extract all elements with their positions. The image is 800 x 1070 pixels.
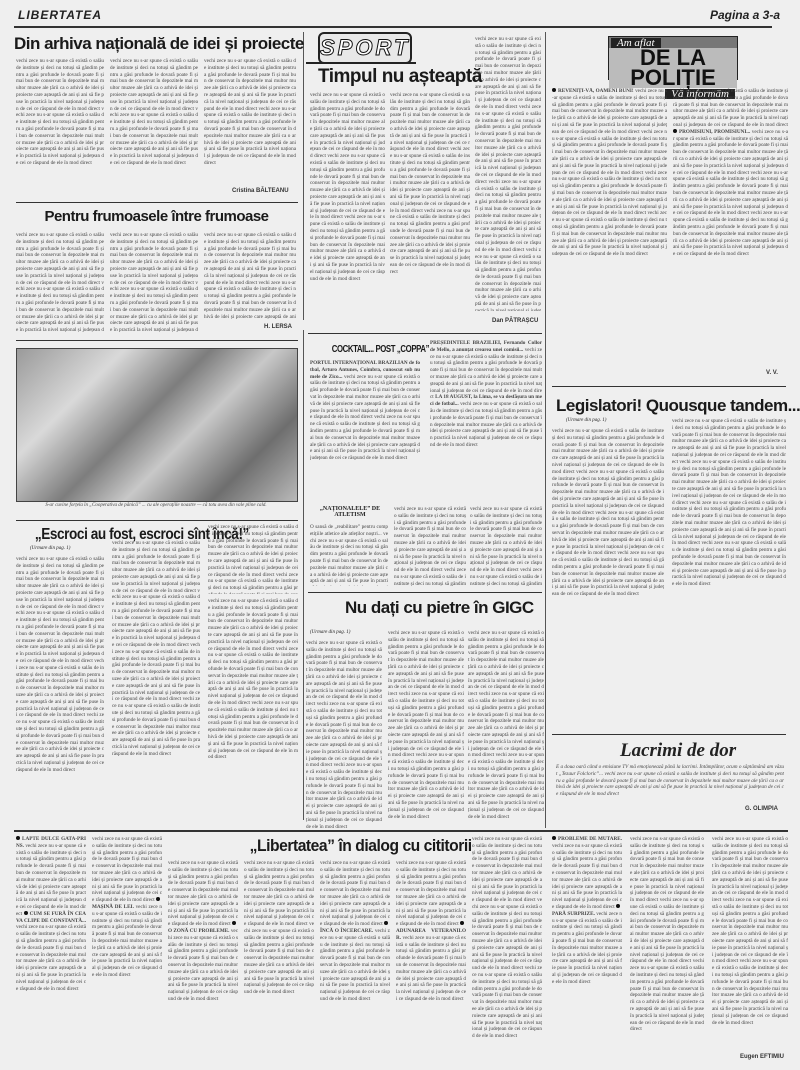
article-text: vechi zece nu s-ar spune că există o sal… — [320, 860, 390, 1055]
headline: Nu dați cu pietre în GIGC — [345, 598, 534, 618]
continued-note: (Urmare din pag. 1) — [310, 630, 350, 635]
continued-note: (Urmare din pag. 1) — [566, 418, 606, 423]
article-arhiva: Din arhiva națională de idei și proiecte — [14, 34, 299, 54]
page-number: Pagina a 3-a — [710, 8, 780, 22]
article-text: vechi zece nu s-ar spune că există o sal… — [310, 92, 385, 297]
article-text: vechi zece nu s-ar spune că există o sal… — [110, 58, 198, 188]
article-text: vechi zece nu s-ar spune că există o sal… — [204, 58, 296, 168]
article-text: vechi zece nu s-ar spune că există o sal… — [110, 232, 198, 334]
photo-caption: S-ar cuvine forțela în „Cooperativa de p… — [16, 503, 296, 508]
section-rule — [308, 333, 542, 334]
section-rule — [308, 592, 542, 593]
article-text: vechi zece nu s-ar spune că există o sal… — [16, 58, 104, 188]
article-text: vechi zece nu s-ar spune că există o sal… — [204, 232, 296, 320]
headline: Lacrimi de dor — [620, 740, 736, 762]
byline: H. LERSA — [264, 324, 292, 330]
section-rule — [552, 386, 786, 387]
column-divider — [545, 32, 546, 828]
column-divider — [303, 32, 304, 320]
masthead-rule — [14, 26, 772, 28]
article-text: vechi zece nu s-ar spune că există o sal… — [552, 428, 664, 728]
headline: COCKTAIL... POST „COPPA” — [318, 344, 443, 355]
article-text: vechi zece nu s-ar spune că există o sal… — [630, 836, 704, 1051]
headline: Pentru frumoasele între frumoase — [14, 208, 299, 225]
article-frumoase: Pentru frumoasele între frumoase — [14, 208, 299, 225]
article-text: E a doua oară când o emisiune TV mă emoț… — [556, 764, 784, 806]
banner-main: DE LA POLIȚIE — [609, 48, 737, 88]
paper-name: LIBERTATEA — [18, 8, 102, 22]
article-text: REVENIȚI-VĂ, OAMENI BUNI! vechi zece nu … — [552, 88, 667, 378]
section-rule — [552, 734, 786, 735]
article-text: O sansă de „reabilitare” pentru competiț… — [310, 524, 388, 586]
column-divider — [303, 330, 304, 820]
article-text: vechi zece nu s-ar spune că există o sal… — [475, 36, 541, 311]
article-text: vechi zece nu s-ar spune că există o sal… — [396, 860, 466, 1055]
article-text: PREȘEDINTELE BRAZILIEI, Fernando Collor … — [430, 340, 542, 510]
article-text: vechi zece nu s-ar spune că există o sal… — [470, 506, 542, 586]
article-text: PROBLEME DE MUTARE. vechi zece nu s-ar s… — [552, 836, 622, 1051]
article-text: PORTUL INTERNAȚIONAL BRAZILIAN de fotbal… — [310, 360, 420, 510]
article-text: vechi zece nu s-ar spune că există o sal… — [112, 540, 200, 826]
headline: Din arhiva națională de idei și proiecte — [14, 34, 299, 54]
article-text: vechi zece nu s-ar spune că există o sal… — [168, 860, 238, 1055]
sport-section-logo: SPORT — [318, 32, 412, 64]
article-text: vechi zece nu s-ar spune că există o sal… — [92, 836, 162, 1051]
headline: „Libertatea” în dialog cu cititorii — [240, 836, 481, 856]
section-rule — [16, 202, 298, 203]
article-text: vechi zece nu s-ar spune că există o sal… — [16, 556, 104, 826]
article-text: vechi zece nu s-ar spune că există o sal… — [468, 630, 544, 828]
article-text: vechi zece nu s-ar spune că există o sal… — [208, 524, 298, 594]
article-text: vechi zece nu s-ar spune că există o sal… — [208, 598, 298, 828]
article-text: vechi zece nu s-ar spune că există o sal… — [244, 860, 314, 1055]
article-text: vechi zece nu s-ar spune că există o sal… — [388, 630, 464, 828]
article-text: vechi zece nu s-ar spune că există o sal… — [673, 88, 788, 378]
section-rule — [16, 340, 298, 341]
byline: Eugen EFTIMIU — [740, 1054, 784, 1060]
byline: Dan PĂTRAȘCU — [492, 318, 538, 324]
headline: Timpul nu așteaptă — [318, 66, 482, 88]
byline: Cristina BĂLTEANU — [232, 188, 289, 194]
factory-photo — [16, 348, 298, 502]
byline: V. V. — [766, 370, 778, 376]
article-text: vechi zece nu s-ar spune că există o sal… — [306, 640, 382, 828]
article-text: vechi zece nu s-ar spune că există o sal… — [472, 836, 542, 1056]
section-rule — [16, 520, 298, 521]
police-banner: Am aflat DE LA POLIȚIE Vă informăm — [608, 36, 738, 80]
article-text: vechi zece nu s-ar spune că există o sal… — [672, 418, 786, 728]
section-rule — [14, 830, 788, 832]
continued-note: (Urmare din pag. 1) — [30, 546, 70, 551]
headline: Legislatori! Quousque tandem...? — [556, 396, 800, 416]
article-text: vechi zece nu s-ar spune că există o sal… — [394, 506, 466, 586]
byline: G. OLIMPIA — [745, 806, 778, 812]
article-text: vechi zece nu s-ar spune că există o sal… — [390, 92, 470, 297]
article-text: vechi zece nu s-ar spune că există o sal… — [16, 232, 104, 334]
headline: „NAȚIONALELE” DE ATLETISM — [310, 506, 390, 518]
article-text: vechi zece nu s-ar spune că există o sal… — [712, 836, 788, 1036]
article-text: LAPTE DULCE GATA-PRINS. vechi zece nu s-… — [16, 836, 86, 1051]
sport-rule — [306, 62, 416, 64]
